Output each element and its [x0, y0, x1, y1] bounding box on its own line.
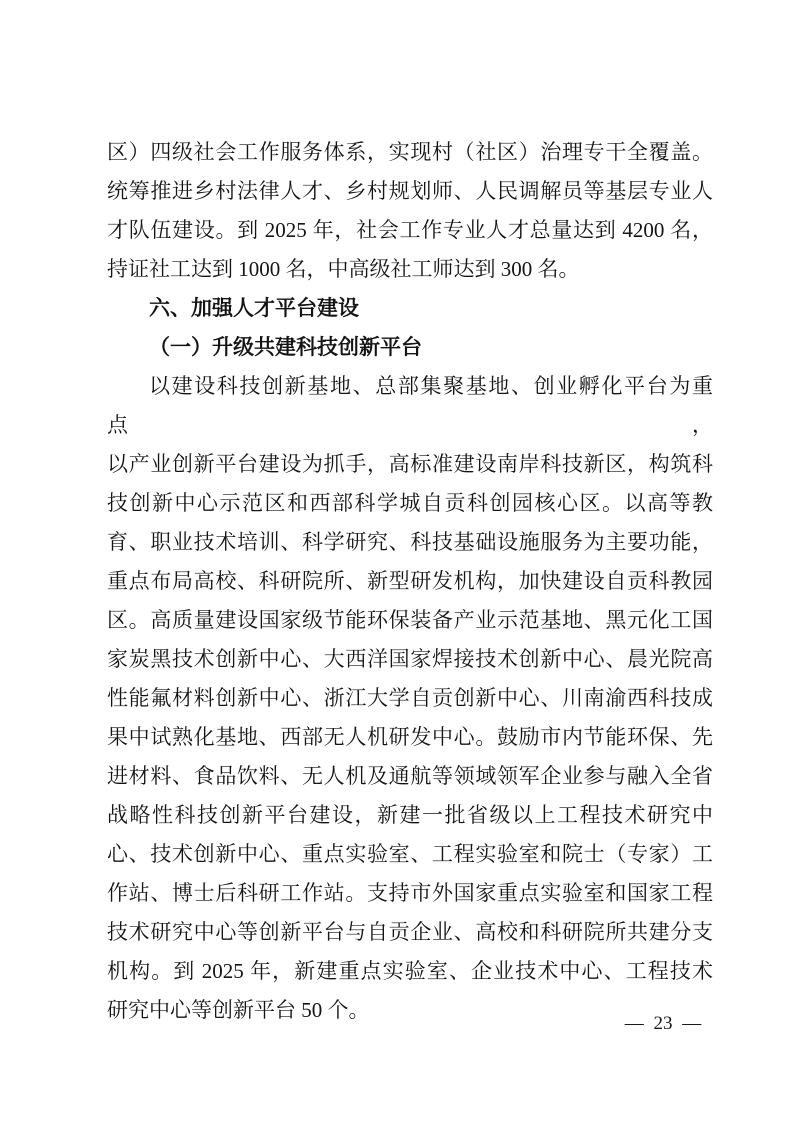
body-line: 技创新中心示范区和西部科学城自贡科创园核心区。以高等教 [107, 484, 713, 523]
body-line: 家炭黑技术创新中心、大西洋国家焊接技术创新中心、晨光院高 [107, 640, 713, 679]
section-heading: 六、加强人才平台建设 [107, 289, 713, 328]
body-line: 技术研究中心等创新平台与自贡企业、高校和科研院所共建分支 [107, 913, 713, 952]
body-line: 战略性科技创新平台建设，新建一批省级以上工程技术研究中 [107, 796, 713, 835]
document-body: 区）四级社会工作服务体系，实现村（社区）治理专干全覆盖。 统筹推进乡村法律人才、… [107, 133, 713, 1030]
body-line: 区）四级社会工作服务体系，实现村（社区）治理专干全覆盖。 [107, 133, 713, 172]
body-line: 才队伍建设。到 2025 年，社会工作专业人才总量达到 4200 名， [107, 211, 713, 250]
body-line: 持证社工达到 1000 名，中高级社工师达到 300 名。 [107, 250, 713, 289]
body-line: 育、职业技术培训、科学研究、科技基础设施服务为主要功能， [107, 523, 713, 562]
body-line: 以产业创新平台建设为抓手，高标准建设南岸科技新区，构筑科 [107, 445, 713, 484]
page-number: — 23 — [620, 1012, 706, 1035]
subsection-heading: （一）升级共建科技创新平台 [107, 328, 713, 367]
body-line: 作站、博士后科研工作站。支持市外国家重点实验室和国家工程 [107, 874, 713, 913]
body-line: 统筹推进乡村法律人才、乡村规划师、人民调解员等基层专业人 [107, 172, 713, 211]
document-page: 区）四级社会工作服务体系，实现村（社区）治理专干全覆盖。 统筹推进乡村法律人才、… [0, 0, 800, 1132]
body-line: 心、技术创新中心、重点实验室、工程实验室和院士（专家）工 [107, 835, 713, 874]
body-line: 重点布局高校、科研院所、新型研发机构，加快建设自贡科教园 [107, 562, 713, 601]
body-line: 机构。到 2025 年，新建重点实验室、企业技术中心、工程技术 [107, 952, 713, 991]
body-line: 区。高质量建设国家级节能环保装备产业示范基地、黑元化工国 [107, 601, 713, 640]
body-line: 性能氟材料创新中心、浙江大学自贡创新中心、川南渝西科技成 [107, 679, 713, 718]
body-line: 果中试熟化基地、西部无人机研发中心。鼓励市内节能环保、先 [107, 718, 713, 757]
body-line: 以建设科技创新基地、总部集聚基地、创业孵化平台为重点， [107, 367, 713, 445]
body-line: 进材料、食品饮料、无人机及通航等领域领军企业参与融入全省 [107, 757, 713, 796]
